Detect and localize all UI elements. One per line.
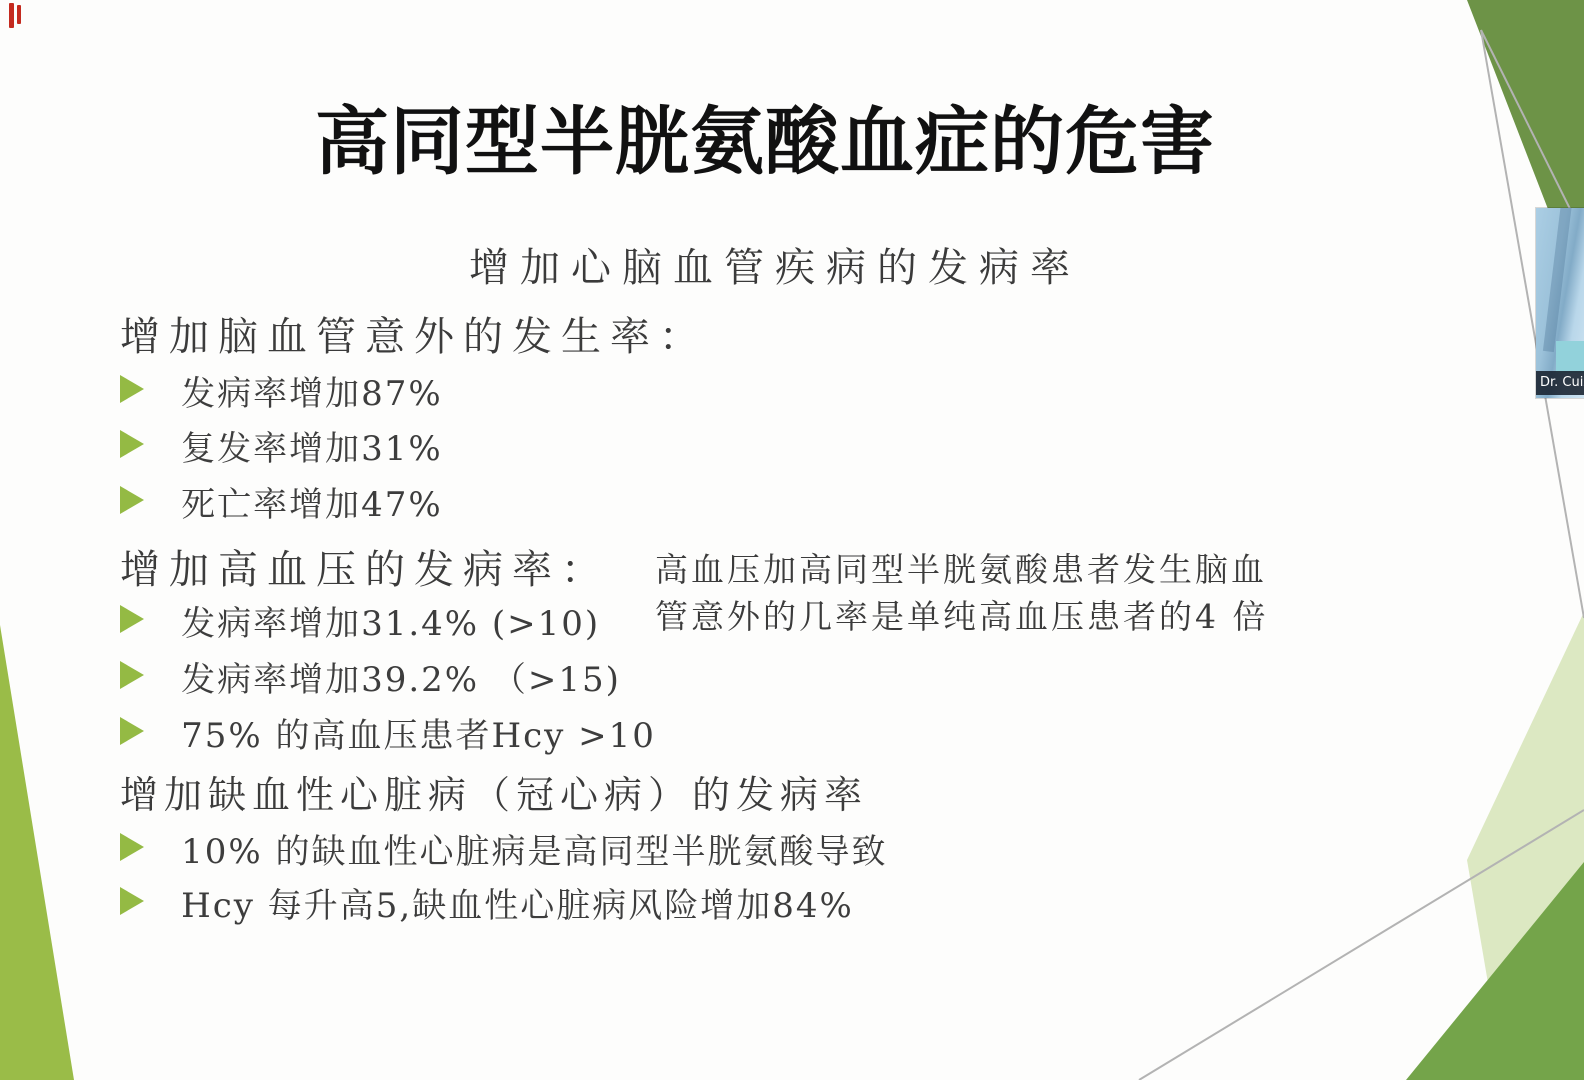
bullet-triangle-icon [120, 486, 144, 514]
section-heading-cerebrovascular: 增加脑血管意外的发生率： [120, 305, 708, 362]
list-item: 发病率增加87% [120, 366, 443, 406]
corner-triangle-bottom-right [1406, 862, 1584, 1080]
section-heading-ischemic-heart-disease: 增加缺血性心脏病（冠心病）的发病率 [120, 764, 868, 819]
pinstripe-line [1139, 810, 1584, 1080]
bullet-text: Hcy 每升高5,缺血性心脏病风险增加84% [181, 878, 854, 927]
list-item: 10% 的缺血性心脏病是高同型半胱氨酸导致 [120, 824, 887, 864]
section-heading-hypertension: 增加高血压的发病率： [120, 538, 610, 595]
bullet-text: 发病率增加31.4% (>10) [181, 596, 600, 645]
red-artifact-mark [9, 3, 14, 28]
slide-canvas: 高同型半胱氨酸血症的危害 增加心脑血管疾病的发病率 增加脑血管意外的发生率： 发… [0, 0, 1584, 1080]
bullet-triangle-icon [120, 605, 144, 633]
corner-pale-triangle-bottom-right [1467, 612, 1584, 1080]
list-item: 死亡率增加47% [120, 477, 443, 517]
bullet-triangle-icon [120, 430, 144, 458]
slide-subtitle: 增加心脑血管疾病的发病率 [0, 236, 1550, 293]
bullet-text: 发病率增加87% [181, 366, 443, 415]
list-item: 75% 的高血压患者Hcy >10 [120, 708, 656, 748]
bullet-text: 10% 的缺血性心脏病是高同型半胱氨酸导致 [181, 824, 887, 873]
bullet-text: 死亡率增加47% [181, 477, 443, 526]
side-note-line: 高血压加高同型半胱氨酸患者发生脑血 [655, 546, 1295, 593]
bullet-text: 复发率增加31% [181, 421, 443, 470]
list-item: 发病率增加31.4% (>10) [120, 596, 600, 636]
video-background-patch [1556, 341, 1584, 373]
participant-video-tile[interactable]: Dr. Cuiz [1536, 208, 1584, 398]
bullet-text: 发病率增加39.2% （>15) [181, 652, 621, 701]
participant-name-label: Dr. Cuiz [1536, 371, 1584, 395]
bullet-triangle-icon [120, 717, 144, 745]
bullet-triangle-icon [120, 661, 144, 689]
red-artifact-mark [17, 5, 21, 24]
side-note-line: 管意外的几率是单纯高血压患者的4 倍 [655, 593, 1295, 640]
left-edge-wedge [0, 625, 74, 1080]
bullet-text: 75% 的高血压患者Hcy >10 [181, 708, 656, 757]
slide-title: 高同型半胱氨酸血症的危害 [0, 94, 1530, 190]
list-item: 发病率增加39.2% （>15) [120, 652, 621, 692]
bullet-triangle-icon [120, 375, 144, 403]
side-note: 高血压加高同型半胱氨酸患者发生脑血 管意外的几率是单纯高血压患者的4 倍 [655, 546, 1295, 640]
list-item: 复发率增加31% [120, 421, 443, 461]
bullet-triangle-icon [120, 833, 144, 861]
bullet-triangle-icon [120, 887, 144, 915]
list-item: Hcy 每升高5,缺血性心脏病风险增加84% [120, 878, 854, 918]
video-background-stripe [1543, 208, 1572, 352]
